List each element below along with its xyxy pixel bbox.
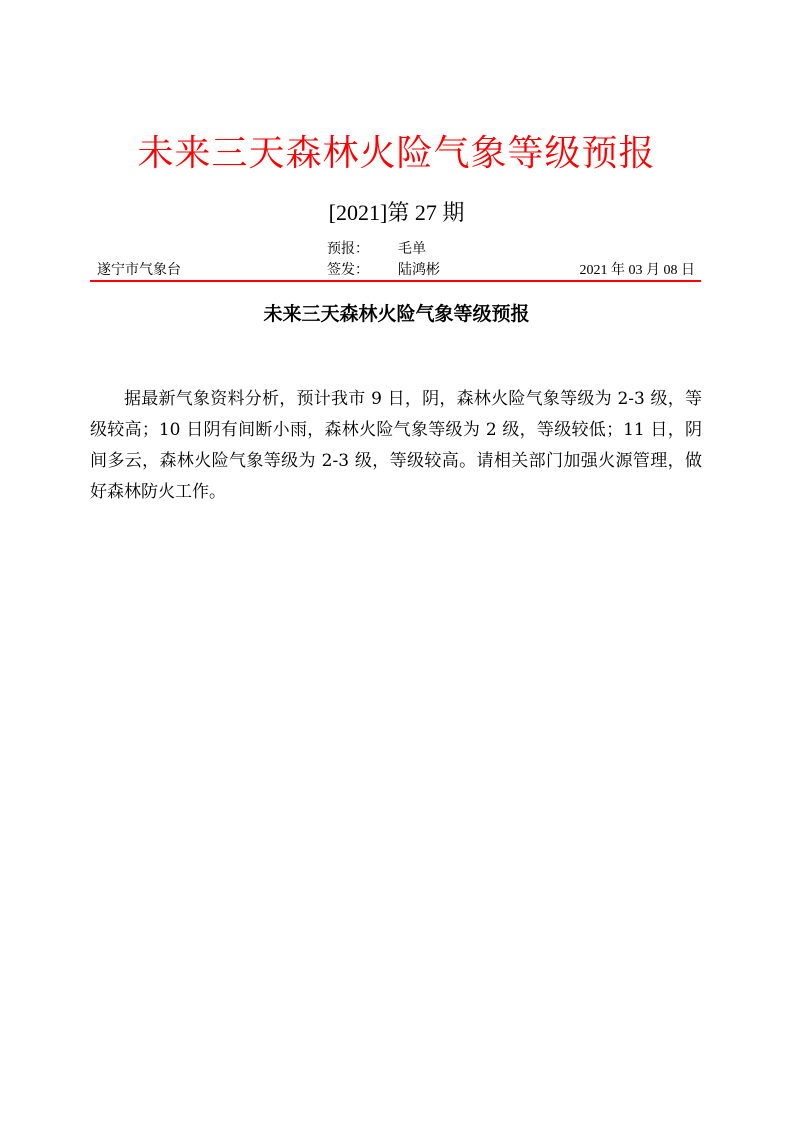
signer-label: 签发：	[327, 261, 369, 281]
issue-number: [2021]第 27 期	[0, 196, 793, 230]
forecast-body: 据最新气象资料分析，预计我市 9 日，阴，森林火险气象等级为 2-3 级，等级较…	[90, 384, 702, 508]
forecaster-name: 毛单	[398, 240, 426, 260]
issuing-organization: 遂宁市气象台	[97, 261, 181, 281]
signer-name: 陆鸿彬	[398, 261, 440, 281]
forecast-paragraph: 据最新气象资料分析，预计我市 9 日，阴，森林火险气象等级为 2-3 级，等级较…	[90, 384, 702, 508]
forecaster-label: 预报：	[327, 240, 369, 260]
header-divider	[90, 280, 701, 282]
document-title: 未来三天森林火险气象等级预报	[0, 128, 793, 180]
issue-date: 2021 年 03 月 08 日	[580, 261, 696, 281]
content-subtitle: 未来三天森林火险气象等级预报	[0, 300, 793, 328]
